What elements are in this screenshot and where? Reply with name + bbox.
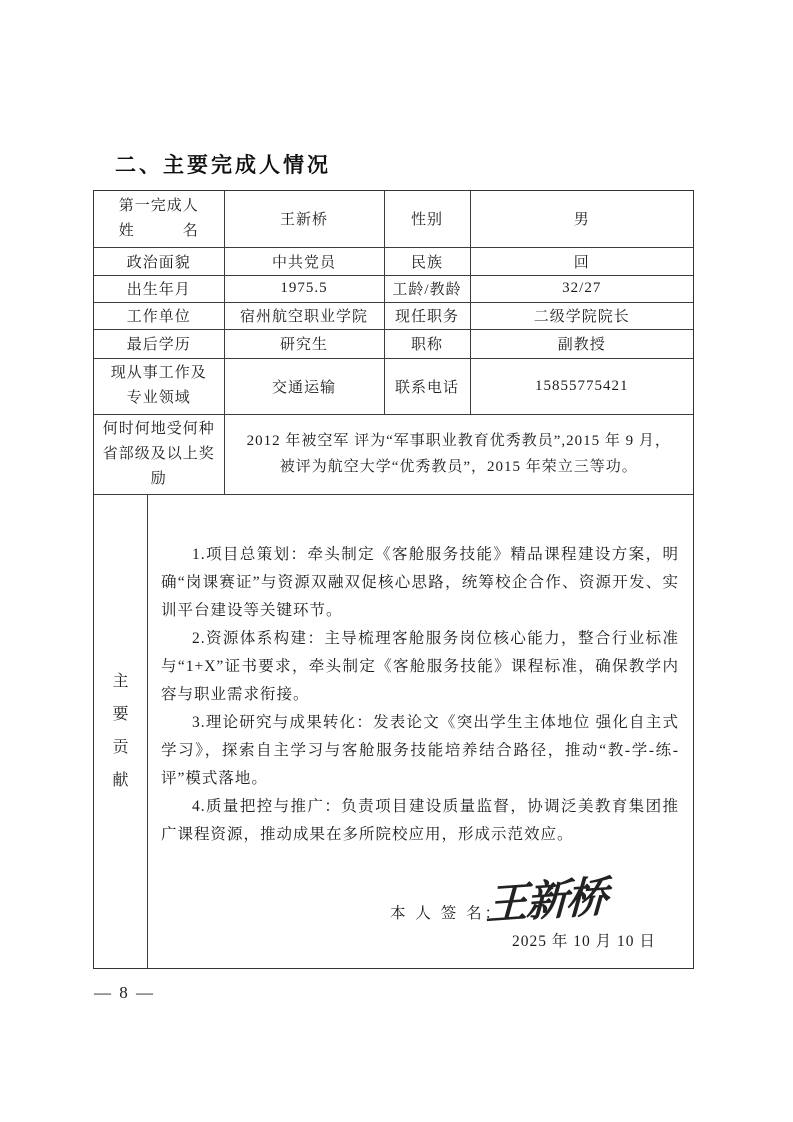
signature-handwriting: 王新桥 — [485, 864, 607, 933]
label-awards: 何时何地受何种 省部级及以上奖励 — [94, 414, 224, 494]
label-first-completer-name: 第一完成人 姓 名 — [94, 191, 224, 247]
table-row: 政治面貌 中共党员 民族 回 — [94, 247, 693, 275]
document-page: 二、主要完成人情况 第一完成人 姓 名 王新桥 性别 男 政治面貌 中共党员 民… — [0, 0, 793, 1122]
contribution-paragraph-4: 4.质量把控与推广：负责项目建设质量监督，协调泛美教育集团推广课程资源，推动成果… — [161, 793, 679, 849]
table-row: 第一完成人 姓 名 王新桥 性别 男 — [94, 191, 693, 247]
value-professional-title: 副教授 — [470, 329, 693, 358]
value-final-education: 研究生 — [224, 329, 384, 358]
label-ethnicity: 民族 — [384, 247, 470, 275]
contribution-paragraph-2: 2.资源体系构建：主导梳理客舱服务岗位核心能力，整合行业标准与“1+X”证书要求… — [161, 625, 679, 709]
value-work-unit: 宿州航空职业学院 — [224, 302, 384, 329]
value-birth-date: 1975.5 — [224, 275, 384, 302]
label-phone: 联系电话 — [384, 358, 470, 414]
contribution-paragraph-1: 1.项目总策划：牵头制定《客舱服务技能》精品课程建设方案，明确“岗课赛证”与资源… — [161, 541, 679, 625]
table-row: 现从事工作及 专业领域 交通运输 联系电话 15855775421 — [94, 358, 693, 414]
signature-date: 2025 年 10 月 10 日 — [512, 929, 656, 951]
label-work-unit: 工作单位 — [94, 302, 224, 329]
label-current-position: 现任职务 — [384, 302, 470, 329]
label-professional-title: 职称 — [384, 329, 470, 358]
value-awards: 2012 年被空军 评为“军事职业教育优秀教员”,2015 年 9 月， 被评为… — [224, 414, 693, 494]
section-title: 二、主要完成人情况 — [115, 149, 331, 179]
contribution-label: 主 要 贡 献 — [94, 495, 148, 969]
label-birth-date: 出生年月 — [94, 275, 224, 302]
completer-info-form: 第一完成人 姓 名 王新桥 性别 男 政治面貌 中共党员 民族 回 出生年月 1… — [93, 190, 694, 969]
table-row: 何时何地受何种 省部级及以上奖励 2012 年被空军 评为“军事职业教育优秀教员… — [94, 414, 693, 494]
table-row: 工作单位 宿州航空职业学院 现任职务 二级学院院长 — [94, 302, 693, 329]
value-ethnicity: 回 — [470, 247, 693, 275]
contribution-paragraph-3: 3.理论研究与成果转化：发表论文《突出学生主体地位 强化自主式学习》，探索自主学… — [161, 709, 679, 793]
completer-info-table: 第一完成人 姓 名 王新桥 性别 男 政治面貌 中共党员 民族 回 出生年月 1… — [94, 191, 693, 495]
value-seniority: 32/27 — [470, 275, 693, 302]
contribution-content: 1.项目总策划：牵头制定《客舱服务技能》精品课程建设方案，明确“岗课赛证”与资源… — [148, 495, 693, 969]
label-gender: 性别 — [384, 191, 470, 247]
value-phone: 15855775421 — [470, 358, 693, 414]
value-political-status: 中共党员 — [224, 247, 384, 275]
value-name: 王新桥 — [224, 191, 384, 247]
label-final-education: 最后学历 — [94, 329, 224, 358]
page-number: — 8 — — [94, 983, 155, 1003]
label-current-field: 现从事工作及 专业领域 — [94, 358, 224, 414]
value-current-position: 二级学院院长 — [470, 302, 693, 329]
table-row: 出生年月 1975.5 工龄/教龄 32/27 — [94, 275, 693, 302]
label-political-status: 政治面貌 — [94, 247, 224, 275]
value-gender: 男 — [470, 191, 693, 247]
value-current-field: 交通运输 — [224, 358, 384, 414]
table-row: 最后学历 研究生 职称 副教授 — [94, 329, 693, 358]
label-seniority: 工龄/教龄 — [384, 275, 470, 302]
